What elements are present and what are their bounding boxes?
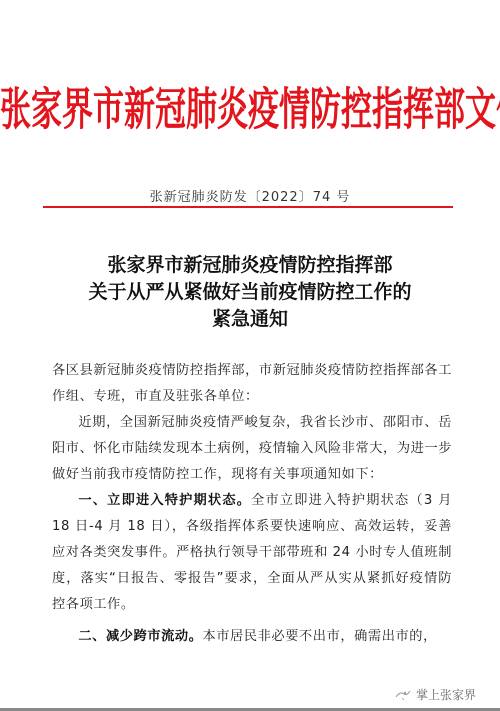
section-2-paragraph: 二、减少跨市流动。本市居民非必要不出市，确需出市的， <box>52 624 452 650</box>
section-2-text: 本市居民非必要不出市，确需出市的， <box>202 629 436 644</box>
addressees: 各区县新冠肺炎疫情防控指挥部，市新冠肺炎疫情防控指挥部各工作组、专班，市直及驻张… <box>52 358 452 410</box>
section-1-heading: 一、立即进入特护期状态。 <box>78 493 251 508</box>
section-2-heading: 二、减少跨市流动。 <box>78 629 202 644</box>
title-line-1: 张家界市新冠肺炎疫情防控指挥部 <box>0 252 500 279</box>
notice-title: 张家界市新冠肺炎疫情防控指挥部 关于从严从紧做好当前疫情防控工作的 紧急通知 <box>0 252 500 333</box>
brand-name: 掌上张家界 <box>416 686 476 703</box>
wechat-official-account-icon <box>394 688 412 702</box>
red-divider-rule <box>43 206 453 208</box>
section-1-text: 全市立即进入特护期状态（3 月 18 日-4 月 18 日），各级指挥体系要快速… <box>52 493 452 612</box>
issuer-title: 张家界市新冠肺炎疫情防控指挥部文件 <box>0 88 500 133</box>
title-line-2: 关于从严从紧做好当前疫情防控工作的 <box>0 279 500 306</box>
document-body: 各区县新冠肺炎疫情防控指挥部，市新冠肺炎疫情防控指挥部各工作组、专班，市直及驻张… <box>52 358 452 650</box>
title-line-3: 紧急通知 <box>0 306 500 333</box>
intro-paragraph: 近期，全国新冠肺炎疫情严峻复杂，我省长沙市、邵阳市、岳阳市、怀化市陆续发现本土病… <box>52 410 452 488</box>
document-number: 张新冠肺炎防发〔2022〕74 号 <box>0 186 500 205</box>
section-1-paragraph: 一、立即进入特护期状态。全市立即进入特护期状态（3 月 18 日-4 月 18 … <box>52 488 452 618</box>
footer-watermark: 掌上张家界 <box>394 686 476 703</box>
